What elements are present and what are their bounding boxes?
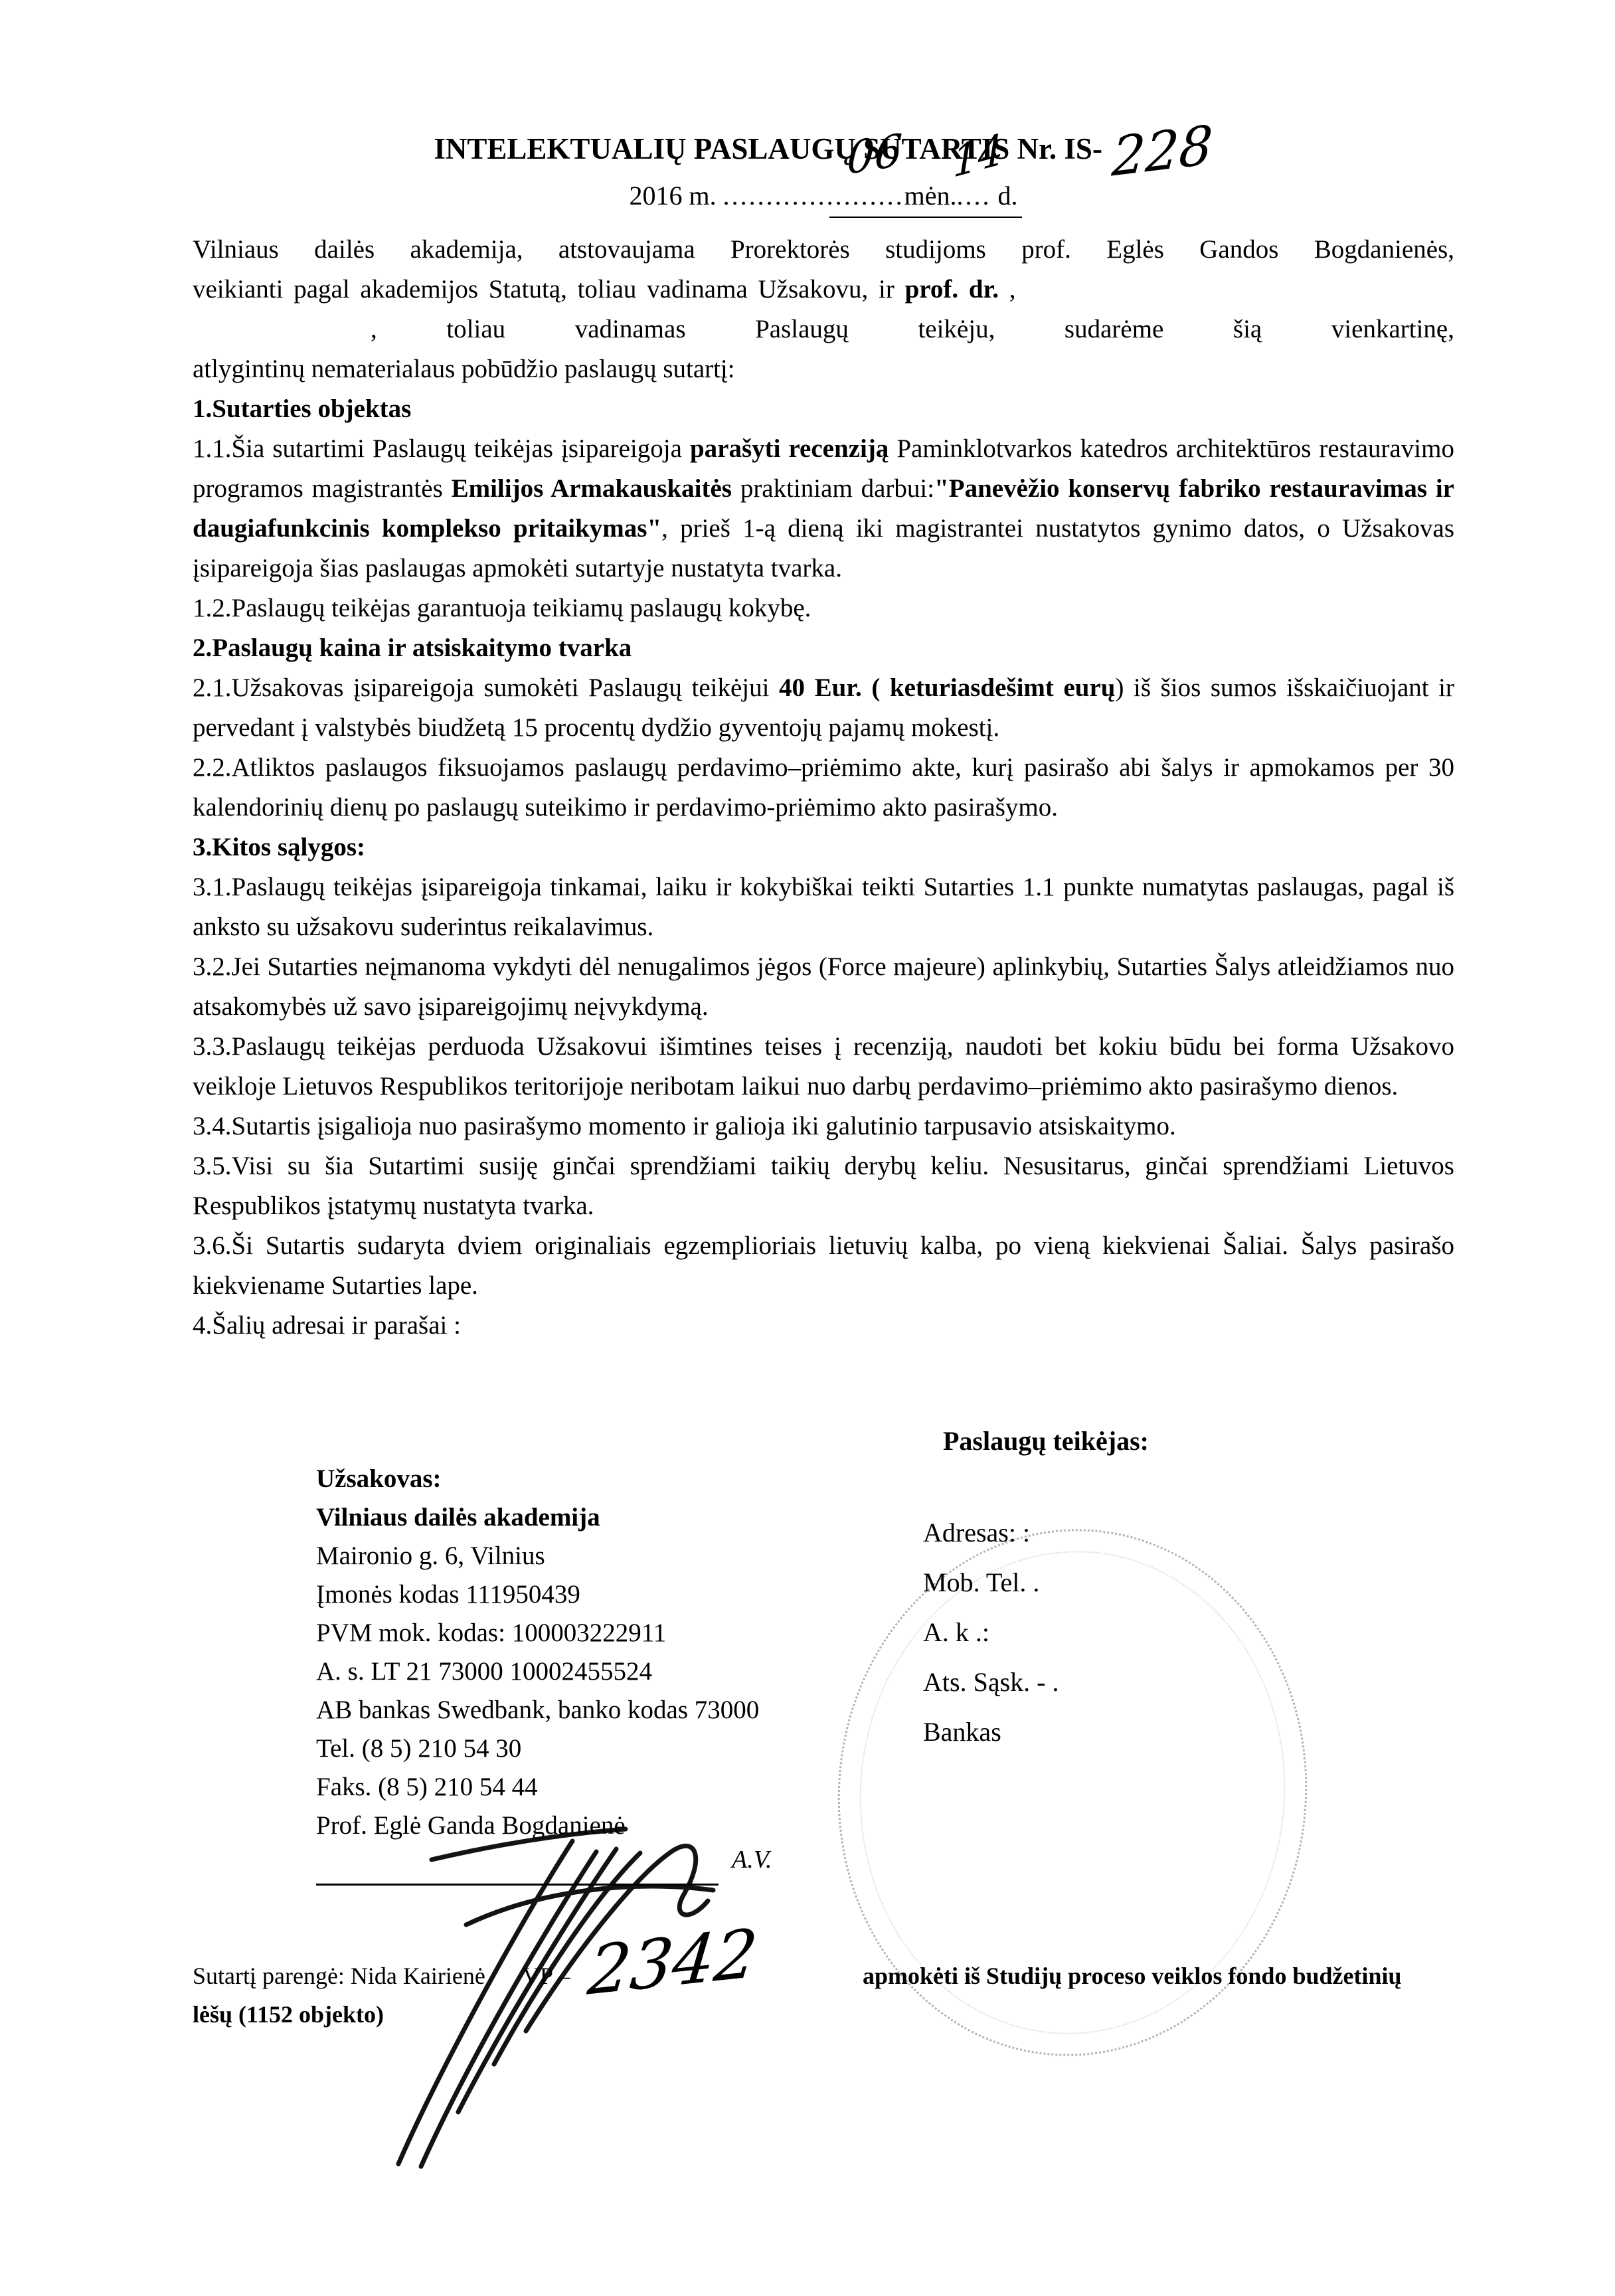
footer-note-line-2: lėšų (1152 objekto): [193, 1995, 1461, 2034]
scanned-contract-page: INTELEKTUALIŲ PASLAUGŲ SUTARTIS Nr. IS-2…: [0, 0, 1615, 2296]
footer-prepared-by: Sutartį parengė: Nida Kairienė: [193, 1963, 485, 1989]
footer-vp-number-handwritten: 2342: [588, 1954, 756, 1972]
footer-vp-label: VP –: [523, 1963, 570, 1989]
footer-note-line-1: apmokėti iš Studijų proceso veiklos fond…: [863, 1963, 1402, 1989]
footer-line-1: Sutartį parengė: Nida KairienėVP –2342ap…: [193, 1957, 1461, 1995]
signature-scribble: [0, 0, 1615, 2296]
footer: Sutartį parengė: Nida KairienėVP –2342ap…: [193, 1957, 1461, 2034]
